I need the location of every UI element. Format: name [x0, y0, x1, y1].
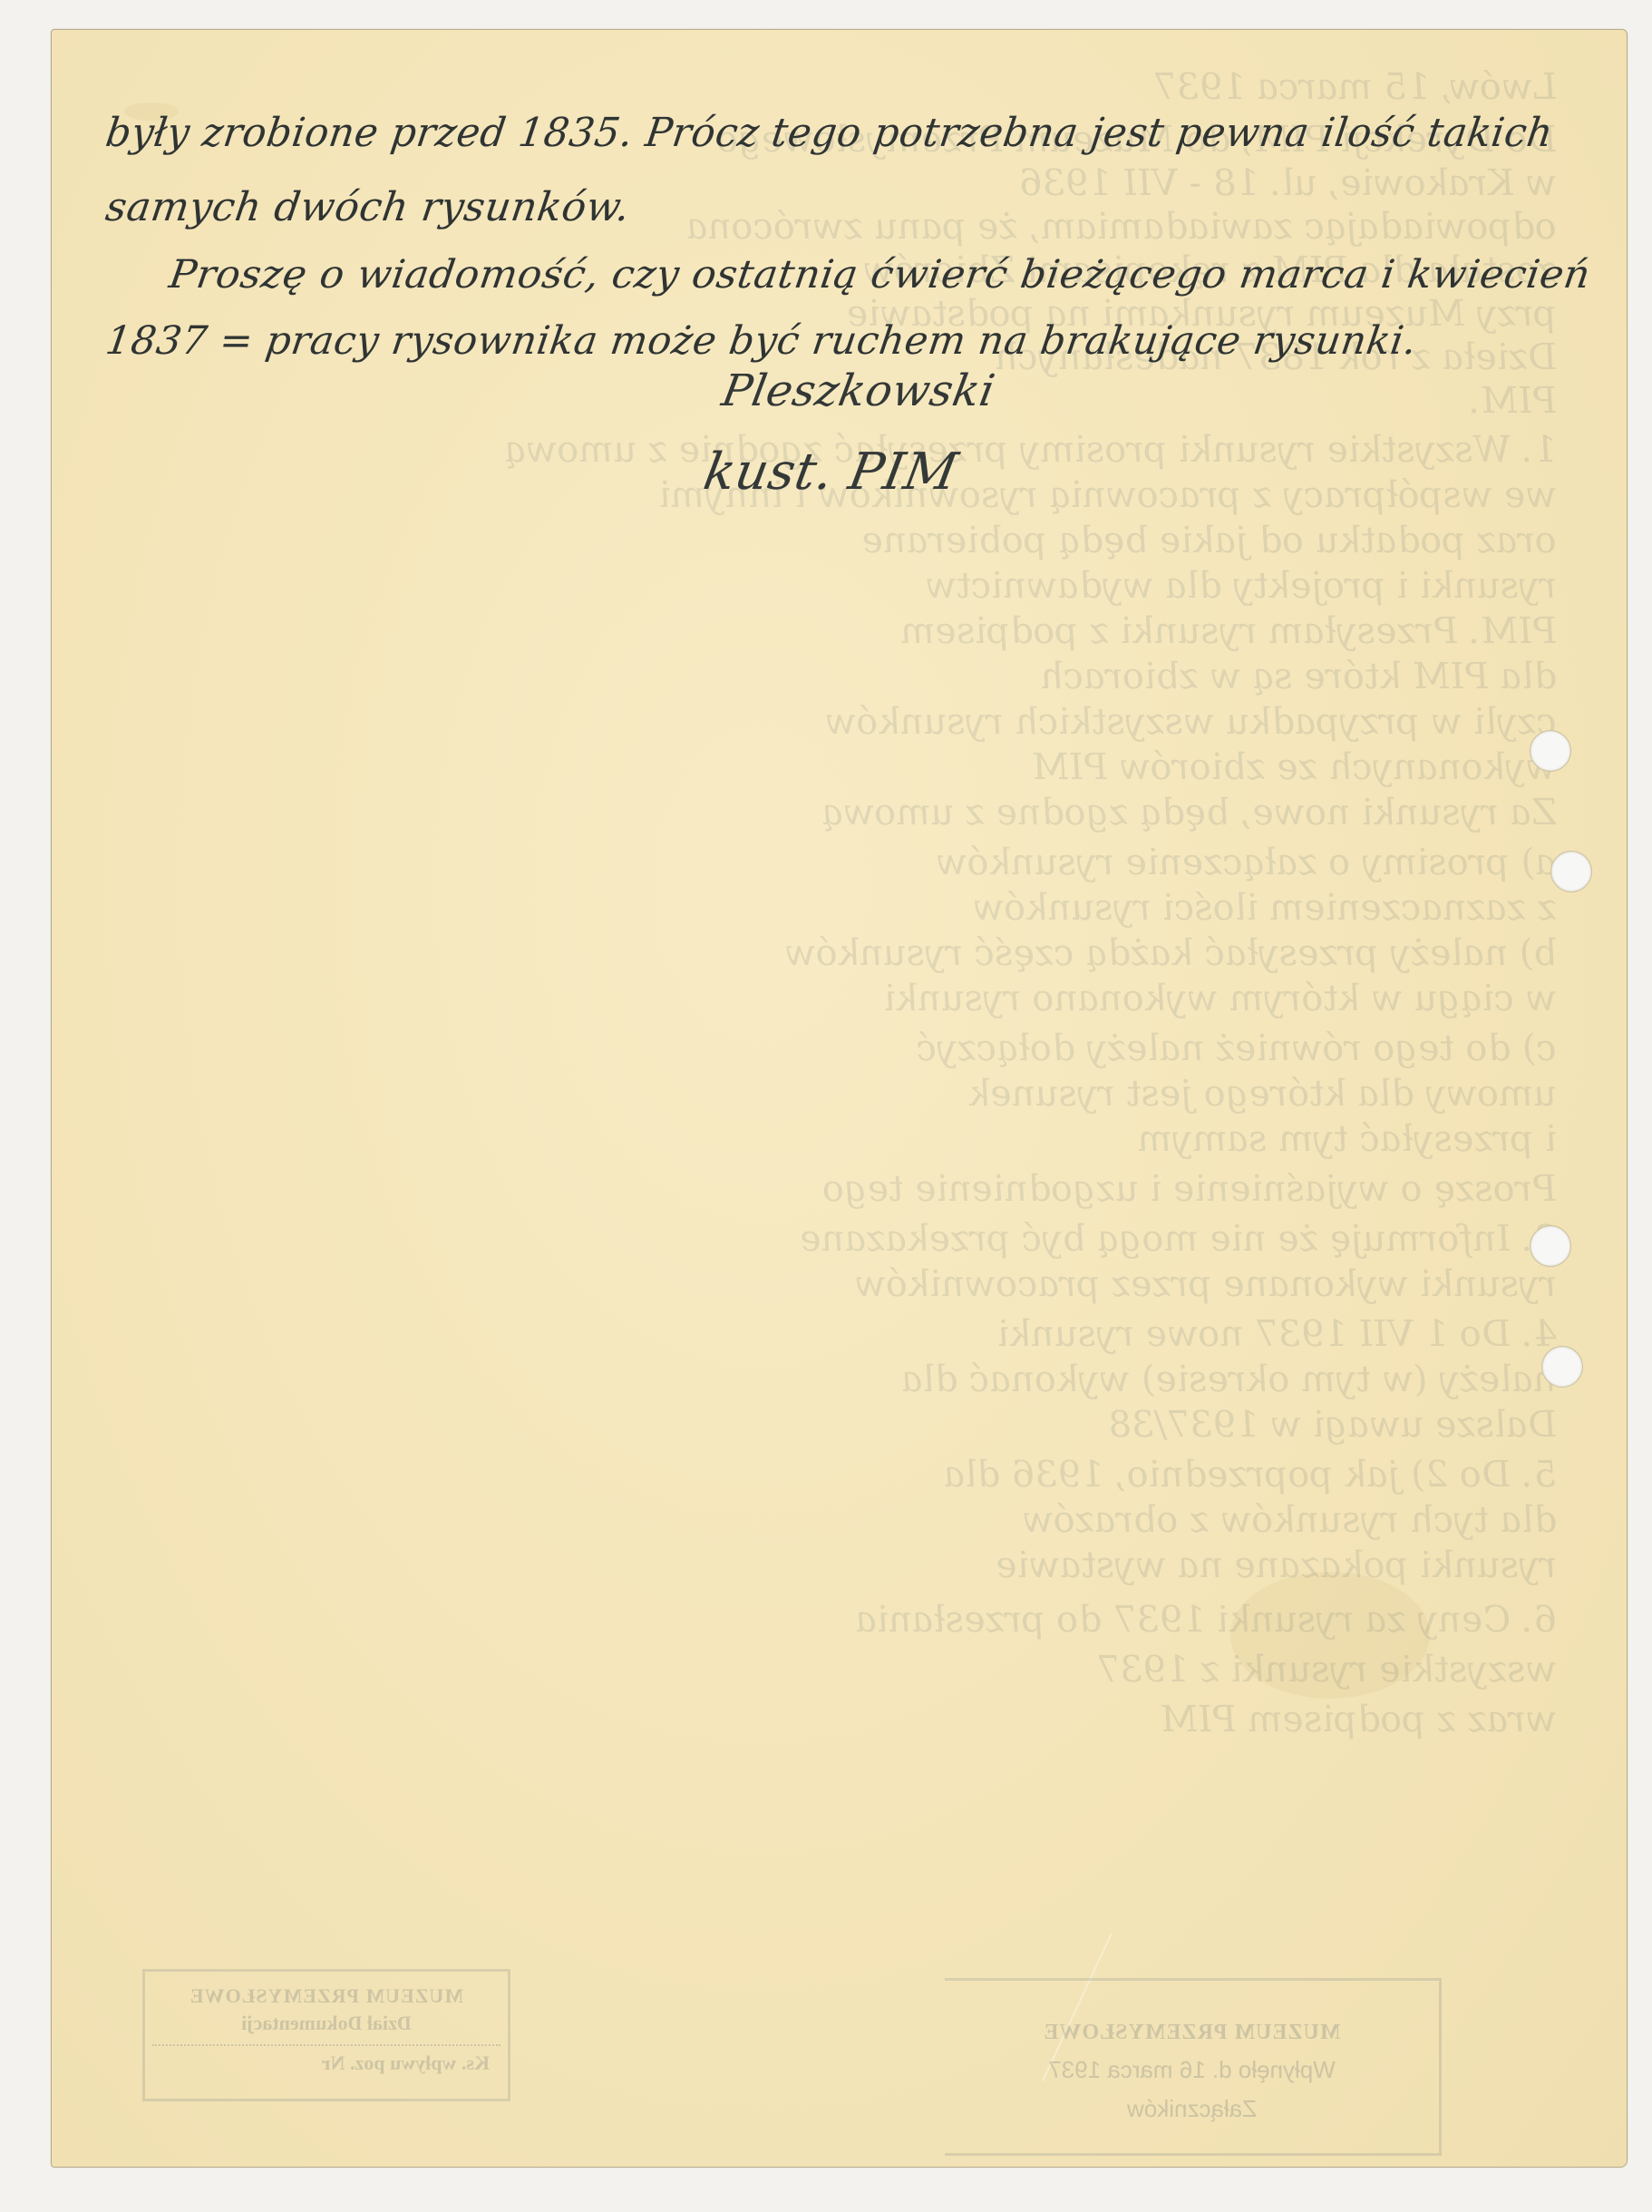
punch-hole — [1530, 730, 1571, 772]
stamp-line: MUZEUM PRZEMYSŁOWE — [145, 1984, 508, 2008]
punch-hole — [1530, 1225, 1571, 1267]
scan-background: Lwów, 15 marca 1937 Do Dyrekcji PIM, do … — [0, 0, 1652, 2212]
letter-line-4: 1837 = pracy rysownika może być ruchem n… — [102, 318, 1419, 364]
ghost-line: i przesyłać tym samym — [85, 1118, 1560, 1160]
letter-line-2: samych dwóch rysunków. — [102, 184, 633, 230]
ghost-line: b) należy przesyłać każdą część rysunków — [85, 932, 1560, 974]
stamp-line: MUZEUM PRZEMYSŁOWE — [945, 2021, 1439, 2045]
ghost-line: 4. Do 1 VII 1937 nowe rysunki — [85, 1313, 1560, 1355]
paper-stain — [1230, 1572, 1430, 1699]
ghost-line: 3. Informuję że nie mogą być przekazane — [85, 1218, 1560, 1260]
ghost-line: Proszę o wyjaśnienie i uzgodnienie tego — [85, 1168, 1560, 1210]
ghost-line: Dalsze uwagi w 1937/38 — [85, 1404, 1560, 1446]
stamp-line: Załączników — [945, 2095, 1439, 2123]
ghost-line: czyli w przypadku wszystkich rysunków — [85, 701, 1560, 743]
ghost-line: wraz z podpisem PIM — [85, 1699, 1560, 1740]
letter-sheet: Lwów, 15 marca 1937 Do Dyrekcji PIM, do … — [51, 29, 1628, 2168]
letter-line-1: były zrobione przed 1835. Prócz tego pot… — [102, 110, 1555, 156]
ghost-line: należy (w tym okresie) wykonać dla — [85, 1359, 1560, 1400]
signature-name: Pleszkowski — [718, 365, 998, 416]
ghost-line: umowy dla którego jest rysunek — [85, 1073, 1560, 1115]
ghost-line: oraz podatku od jakie będą pobierane — [85, 520, 1560, 561]
stamp-line: Ks. wpływu poz. Nr — [145, 2051, 508, 2075]
stamp-divider — [152, 2044, 500, 2046]
punch-hole — [1550, 851, 1592, 892]
ghost-line: dla tych rysunków z obrazów — [85, 1499, 1560, 1541]
ghost-line: dla PIM które są w zbiorach — [85, 656, 1560, 697]
ghost-line: z zaznaczeniem ilości rysunków — [85, 887, 1560, 929]
letter-line-3: Proszę o wiadomość, czy ostatnią ćwierć … — [166, 252, 1593, 297]
ghost-line: PIM. Przesyłam rysunki z podpisem — [85, 610, 1560, 652]
ghost-line: rysunki i projekty dla wydawnictw — [85, 565, 1560, 607]
stamp-line: Wpłynęło d. 16 marca 1937 — [945, 2056, 1439, 2084]
ghost-line: w ciągu w którym wykonano rysunki — [85, 978, 1560, 1019]
stamp-line: Dział Dokumentacji — [145, 2012, 508, 2035]
ghost-line: a) prosimy o załączenie rysunków — [85, 842, 1560, 883]
ghost-line: Lwów, 15 marca 1937 — [85, 66, 1560, 108]
ghost-line: wykonanych ze zbiorów PIM — [85, 746, 1560, 788]
ghost-line: Za rysunki nowe, będą zgodne z umową — [85, 792, 1560, 833]
signature-title: kust. PIM — [699, 443, 962, 502]
ghost-line: 5. Do 2) jak poprzednio, 1936 dla — [85, 1454, 1560, 1496]
received-stamp-right: MUZEUM PRZEMYSŁOWE Wpłynęło d. 16 marca … — [945, 1978, 1442, 2156]
ghost-line: c) do tego również należy dołączyć — [85, 1028, 1560, 1069]
ghost-line: rysunki wykonane przez pracowników — [85, 1263, 1560, 1305]
punch-hole — [1541, 1346, 1583, 1388]
registry-stamp-left: MUZEUM PRZEMYSŁOWE Dział Dokumentacji Ks… — [142, 1969, 510, 2101]
